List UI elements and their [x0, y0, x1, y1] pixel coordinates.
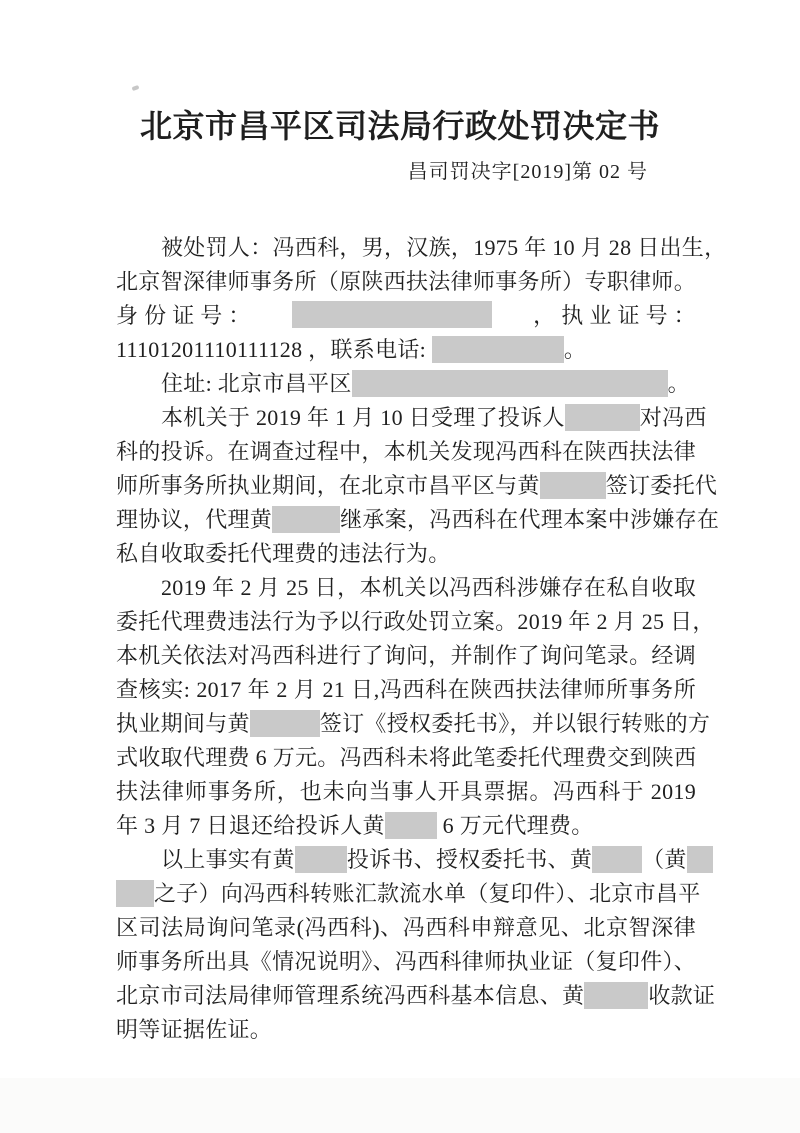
text-segment: 执业期间与黄 [116, 711, 250, 736]
redaction-box [385, 812, 437, 839]
body-line: 北京智深律师事务所（原陕西扶法律师事务所）专职律师。 [116, 265, 696, 299]
body-line: 以上事实有黄投诉书、授权委托书、黄（黄 [116, 843, 696, 877]
redaction-box [272, 506, 340, 533]
body-line: 本机关依法对冯西科进行了询问，并制作了询问笔录。经调 [116, 639, 696, 673]
body-line: 年 3 月 7 日退还给投诉人黄 6 万元代理费。 [116, 809, 696, 843]
redaction-box [295, 846, 347, 873]
redaction-box [540, 472, 606, 499]
text-segment: 北京市司法局律师管理系统冯西科基本信息、黄 [116, 983, 584, 1008]
body-line: 明等证据佐证。 [116, 1013, 696, 1047]
redaction-box [432, 336, 564, 363]
text-segment: 之子）向冯西科转账汇款流水单（复印件）、北京市昌平 [154, 881, 701, 906]
body-line: 委托代理费违法行为予以行政处罚立案。2019 年 2 月 25 日， [116, 605, 696, 639]
text-segment: （黄 [642, 847, 687, 872]
body-line: 2019 年 2 月 25 日，本机关以冯西科涉嫌存在私自收取 [116, 571, 696, 605]
text-segment: ， 执 业 证 号 ： [533, 299, 696, 333]
text-segment: 本机关依法对冯西科进行了询问，并制作了询问笔录。经调 [116, 643, 696, 668]
document-number: 昌司罚决字[2019]第 02 号 [0, 155, 648, 184]
text-segment: 科的投诉。在调查过程中，本机关发现冯西科在陕西扶法律 [116, 439, 696, 464]
text-segment: 明等证据佐证。 [116, 1017, 272, 1042]
document-title: 北京市昌平区司法局行政处罚决定书 [0, 101, 800, 147]
text-segment: 。 [668, 371, 690, 396]
body-line: 师所事务所执业期间，在北京市昌平区与黄签订委托代 [116, 469, 696, 503]
body-line: 被处罚人：冯西科，男，汉族，1975 年 10 月 28 日出生， [116, 231, 696, 265]
body-line: 区司法局询问笔录(冯西科)、冯西科申辩意见、北京智深律 [116, 911, 696, 945]
text-segment: 。 [564, 337, 586, 362]
scan-speck-artifact [132, 85, 140, 91]
text-segment: 签订委托代 [606, 473, 718, 498]
text-segment: 师所事务所执业期间，在北京市昌平区与黄 [116, 473, 540, 498]
text-segment: 收款证 [648, 983, 715, 1008]
text-segment: 委托代理费违法行为予以行政处罚立案。2019 年 2 月 25 日， [116, 609, 715, 634]
body-line: 之子）向冯西科转账汇款流水单（复印件）、北京市昌平 [116, 877, 696, 911]
text-segment: 继承案，冯西科在代理本案中涉嫌存在 [340, 507, 719, 532]
redaction-box [250, 710, 320, 737]
text-segment: 查核实: 2017 年 2 月 21 日,冯西科在陕西扶法律师所事务所 [116, 677, 696, 702]
text-segment: 扶法律师事务所，也未向当事人开具票据。冯西科于 2019 [116, 779, 696, 804]
body-line: 身 份 证 号 ：， 执 业 证 号 ： [116, 299, 696, 333]
redaction-box [592, 846, 642, 873]
redaction-box [116, 880, 154, 907]
text-segment: 11101201110111128 ，联系电话: [116, 337, 432, 362]
text-segment: 身 份 证 号 ： [116, 299, 251, 333]
text-segment: 本机关于 2019 年 1 月 10 日受理了投诉人 [161, 405, 565, 430]
text-segment: 被处罚人：冯西科，男，汉族，1975 年 10 月 28 日出生， [161, 235, 726, 260]
text-segment: 签订《授权委托书》，并以银行转账的方 [320, 711, 710, 736]
text-segment: 2019 年 2 月 25 日，本机关以冯西科涉嫌存在私自收取 [161, 575, 696, 600]
body-line: 查核实: 2017 年 2 月 21 日,冯西科在陕西扶法律师所事务所 [116, 673, 696, 707]
text-segment: 区司法局询问笔录(冯西科)、冯西科申辩意见、北京智深律 [116, 915, 696, 940]
document-body: 被处罚人：冯西科，男，汉族，1975 年 10 月 28 日出生，北京智深律师事… [116, 231, 696, 1047]
text-segment: 6 万元代理费。 [437, 813, 594, 838]
body-line: 理协议，代理黄继承案，冯西科在代理本案中涉嫌存在 [116, 503, 696, 537]
body-line: 北京市司法局律师管理系统冯西科基本信息、黄收款证 [116, 979, 696, 1013]
text-segment: 住址: 北京市昌平区 [161, 371, 352, 396]
text-segment: 私自收取委托代理费的违法行为。 [116, 541, 451, 566]
redaction-box [687, 846, 713, 873]
text-segment: 投诉书、授权委托书、黄 [347, 847, 592, 872]
scanned-document-page: 北京市昌平区司法局行政处罚决定书 昌司罚决字[2019]第 02 号 被处罚人：… [0, 0, 800, 1133]
text-segment: 以上事实有黄 [161, 847, 295, 872]
scan-shading-artifact [0, 1078, 800, 1133]
text-segment: 年 3 月 7 日退还给投诉人黄 [116, 813, 385, 838]
body-line: 11101201110111128 ，联系电话: 。 [116, 333, 696, 367]
text-segment: 师事务所出具《情况说明》、冯西科律师执业证（复印件）、 [116, 949, 696, 974]
body-line: 私自收取委托代理费的违法行为。 [116, 537, 696, 571]
text-segment: 对冯西 [640, 405, 707, 430]
body-line: 师事务所出具《情况说明》、冯西科律师执业证（复印件）、 [116, 945, 696, 979]
redaction-box [565, 404, 640, 431]
redaction-box [352, 370, 668, 397]
body-line: 扶法律师事务所，也未向当事人开具票据。冯西科于 2019 [116, 775, 696, 809]
body-line: 式收取代理费 6 万元。冯西科未将此笔委托代理费交到陕西 [116, 741, 696, 775]
body-line: 科的投诉。在调查过程中，本机关发现冯西科在陕西扶法律 [116, 435, 696, 469]
body-line: 本机关于 2019 年 1 月 10 日受理了投诉人对冯西 [116, 401, 696, 435]
text-segment: 北京智深律师事务所（原陕西扶法律师事务所）专职律师。 [116, 269, 696, 294]
body-line: 执业期间与黄签订《授权委托书》，并以银行转账的方 [116, 707, 696, 741]
text-segment: 式收取代理费 6 万元。冯西科未将此笔委托代理费交到陕西 [116, 745, 696, 770]
redaction-box [292, 301, 492, 328]
body-line: 住址: 北京市昌平区。 [116, 367, 696, 401]
redaction-box [584, 982, 648, 1009]
text-segment: 理协议，代理黄 [116, 507, 272, 532]
